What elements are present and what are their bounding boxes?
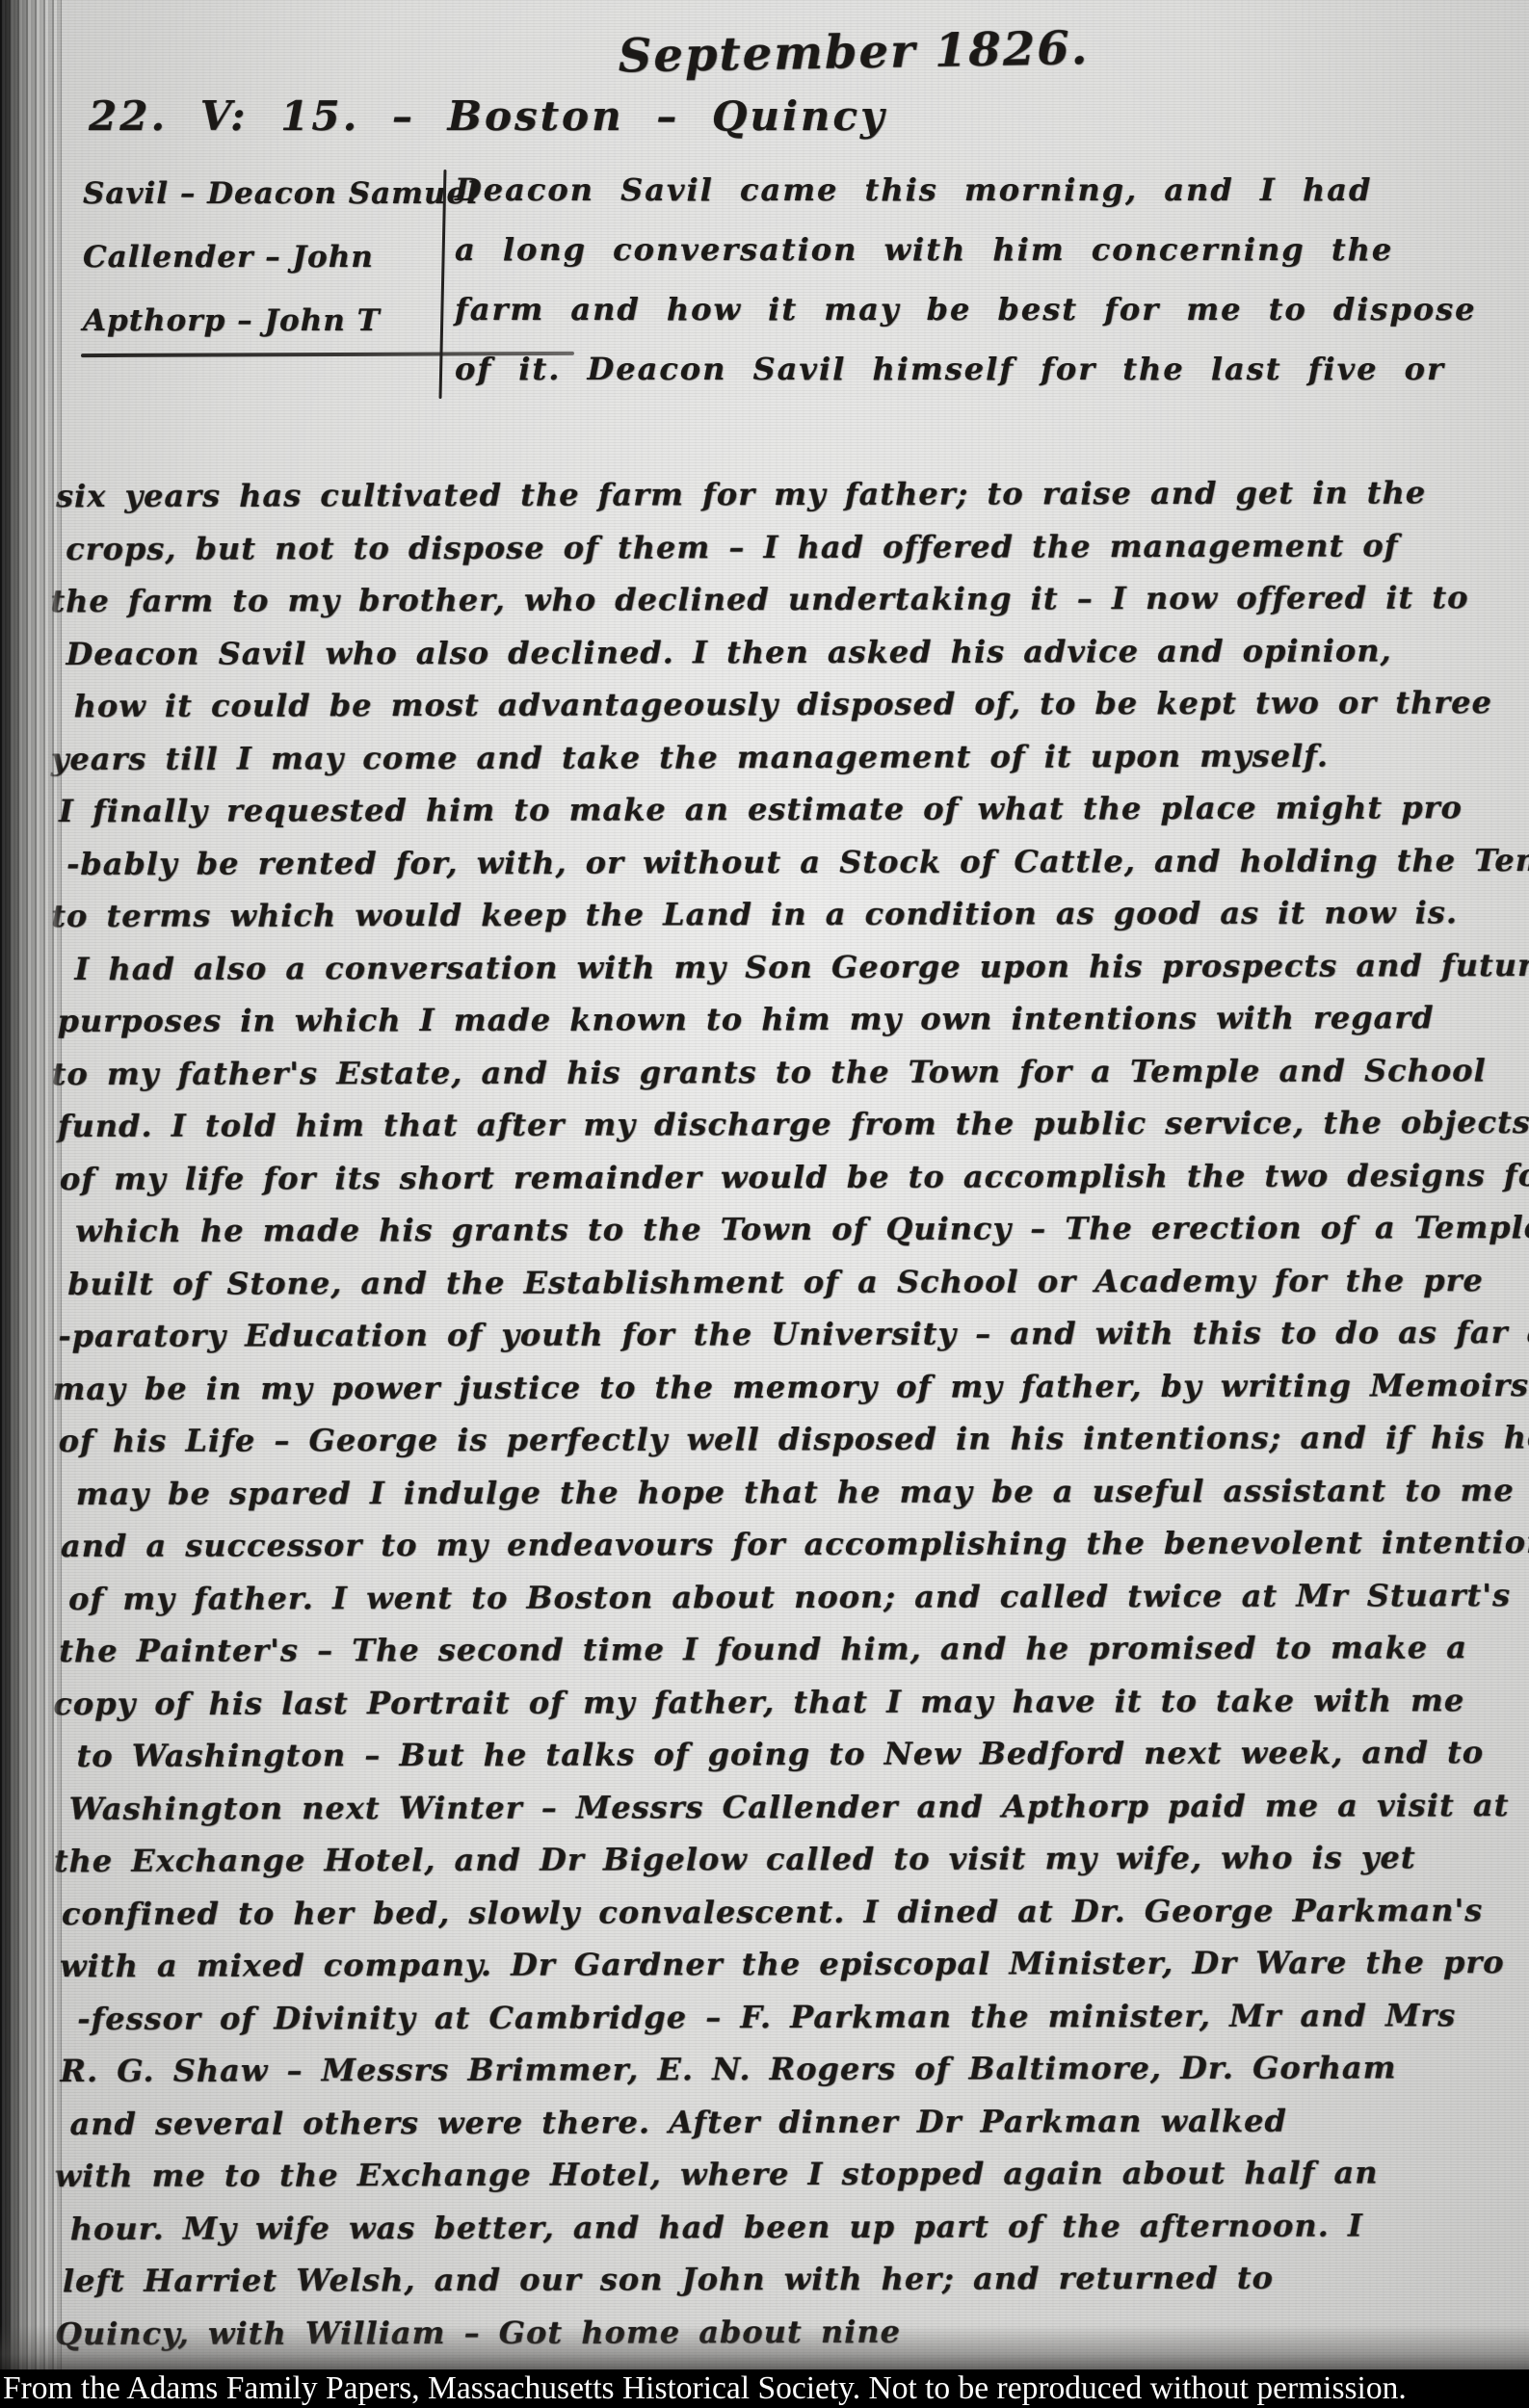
manuscript-line: of my life for its short remainder would… <box>60 1149 1516 1205</box>
manuscript-line: R. G. Shaw – Messrs Brimmer, E. N. Roger… <box>60 2041 1516 2097</box>
manuscript-line: purposes in which I made known to him my… <box>57 991 1513 1047</box>
date-heading: September 1826. <box>0 13 1529 94</box>
manuscript-line: Deacon Savil came this morning, and I ha… <box>455 160 1504 220</box>
manuscript-line: -bably be rented for, with, or without a… <box>66 834 1522 890</box>
manuscript-line: built of Stone, and the Establishment of… <box>67 1254 1523 1310</box>
manuscript-line: of it. Deacon Savil himself for the last… <box>455 339 1504 399</box>
manuscript-line: the Exchange Hotel, and Dr Bigelow calle… <box>54 1831 1510 1887</box>
manuscript-line: crops, but not to dispose of them – I ha… <box>66 519 1521 575</box>
manuscript-line: a long conversation with him concerning … <box>455 220 1504 279</box>
manuscript-line: copy of his last Portrait of my father, … <box>53 1674 1509 1730</box>
manuscript-page: September 1826. 22. V: 15. – Boston – Qu… <box>0 0 1529 2408</box>
manuscript-line: Deacon Savil who also declined. I then a… <box>66 624 1521 680</box>
credit-text: From the Adams Family Papers, Massachuse… <box>3 2370 1407 2406</box>
manuscript-line: how it could be most advantageously disp… <box>74 676 1529 732</box>
manuscript-line: and several others were there. After din… <box>69 2094 1525 2150</box>
body-lines: six years has cultivated the farm for my… <box>56 466 1516 2360</box>
manuscript-line: I finally requested him to make an estim… <box>59 781 1515 837</box>
manuscript-line: the Painter's – The second time I found … <box>59 1621 1515 1677</box>
manuscript-line: fund. I told him that after my discharge… <box>58 1096 1514 1152</box>
opening-lines: Deacon Savil came this morning, and I ha… <box>455 160 1504 399</box>
margin-name-line: Savil – Deacon Samuel <box>83 162 437 225</box>
manuscript-line: the farm to my brother, who declined und… <box>50 571 1506 627</box>
margin-name-list: Savil – Deacon SamuelCallender – JohnApt… <box>83 162 437 353</box>
margin-name-line: Callender – John <box>83 225 437 289</box>
binding-edge <box>0 0 62 2408</box>
manuscript-line: Washington next Winter – Messrs Callende… <box>69 1779 1525 1835</box>
manuscript-line: with me to the Exchange Hotel, where I s… <box>55 2146 1511 2202</box>
credit-bar: From the Adams Family Papers, Massachuse… <box>0 2369 1529 2408</box>
manuscript-line: with a mixed company. Dr Gardner the epi… <box>60 1936 1516 1992</box>
manuscript-line: which he made his grants to the Town of … <box>75 1201 1529 1257</box>
manuscript-line: -paratory Education of youth for the Uni… <box>58 1306 1514 1362</box>
margin-name-line: Apthorp – John T <box>83 289 437 353</box>
entry-heading: 22. V: 15. – Boston – Quincy <box>89 92 886 140</box>
page-bottom-shadow <box>0 2325 1529 2369</box>
manuscript-line: I had also a conversation with my Son Ge… <box>74 938 1529 994</box>
manuscript-line: to Washington – But he talks of going to… <box>76 1726 1529 1782</box>
manuscript-line: of my father. I went to Boston about noo… <box>68 1569 1524 1625</box>
manuscript-line: may be in my power justice to the memory… <box>52 1359 1508 1415</box>
manuscript-line: may be spared I indulge the hope that he… <box>76 1463 1529 1519</box>
manuscript-line: left Harriet Welsh, and our son John wit… <box>63 2251 1518 2307</box>
manuscript-line: -fessor of Divinity at Cambridge – F. Pa… <box>77 1988 1529 2044</box>
manuscript-line: and a successor to my endeavours for acc… <box>61 1516 1516 1572</box>
manuscript-line: years till I may come and take the manag… <box>51 729 1507 785</box>
manuscript-line: farm and how it may be best for me to di… <box>455 279 1504 339</box>
manuscript-line: confined to her bed, slowly convalescent… <box>62 1884 1517 1940</box>
manuscript-line: of his Life – George is perfectly well d… <box>59 1411 1515 1467</box>
manuscript-line: hour. My wife was better, and had been u… <box>70 2199 1526 2255</box>
manuscript-line: to my father's Estate, and his grants to… <box>52 1044 1508 1100</box>
manuscript-line: to terms which would keep the Land in a … <box>51 886 1507 942</box>
manuscript-line: six years has cultivated the farm for my… <box>56 466 1512 522</box>
